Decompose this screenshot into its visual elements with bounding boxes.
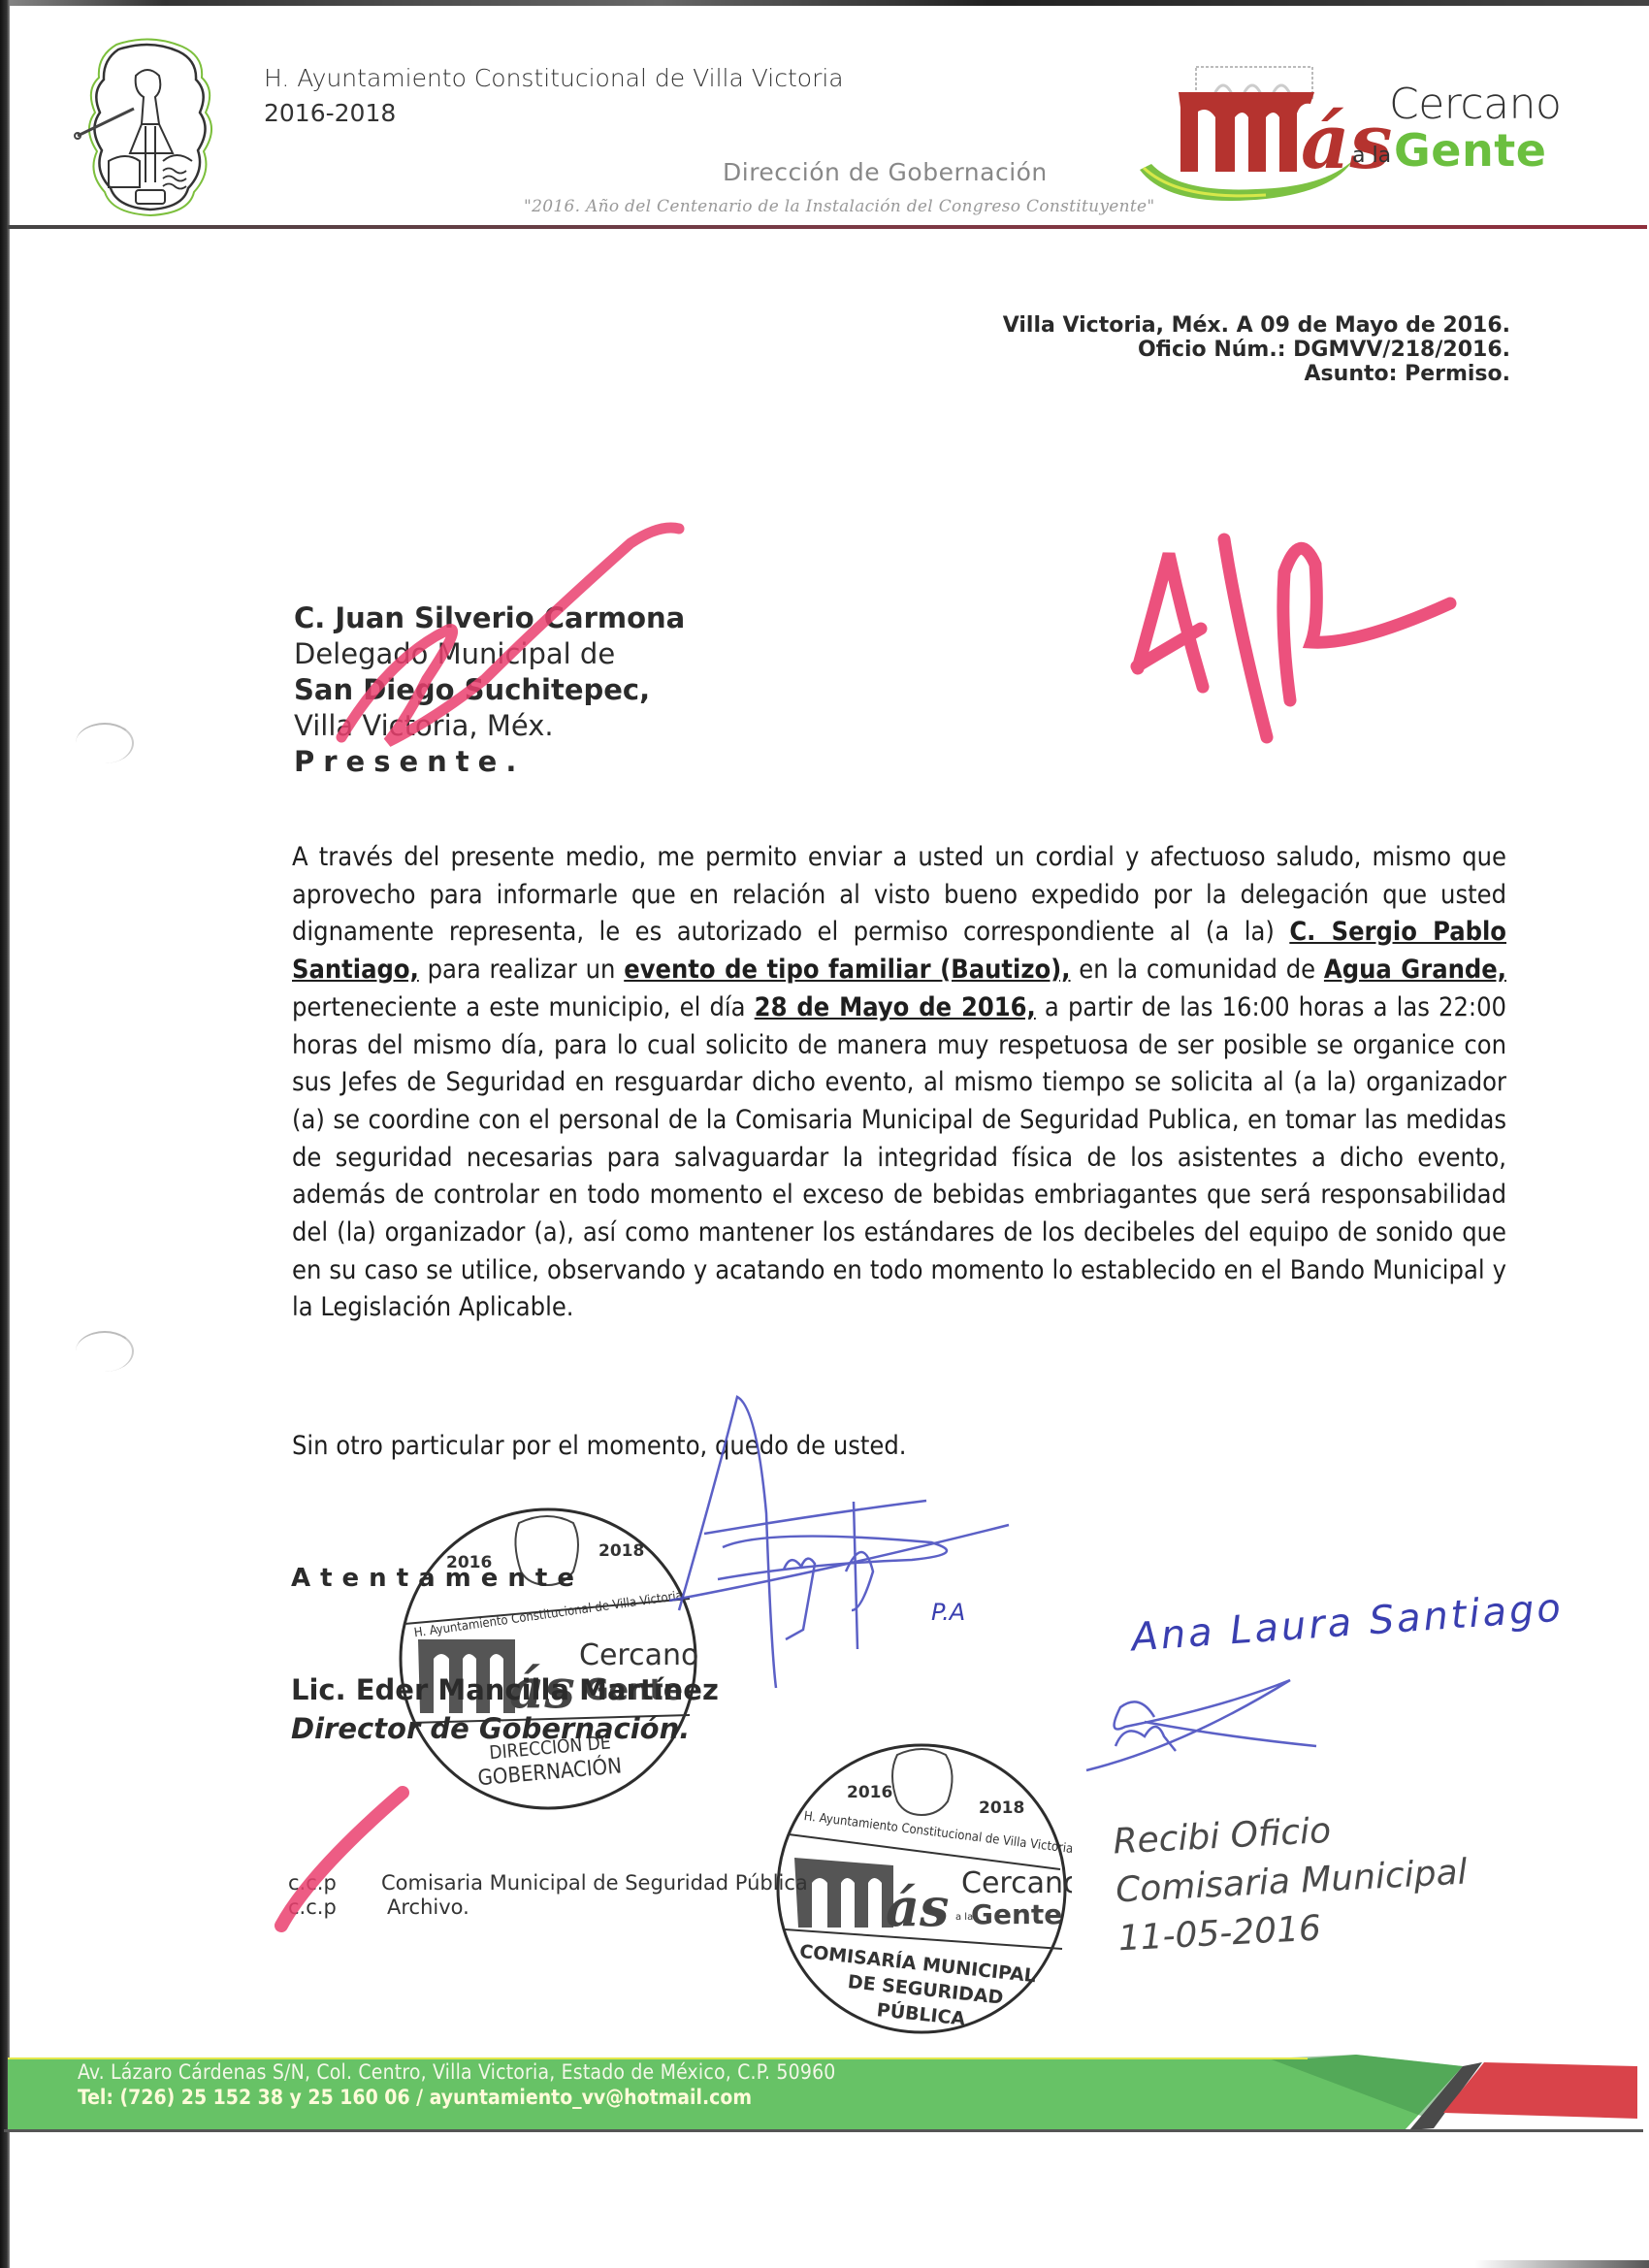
scan-edge-left: [0, 0, 10, 2268]
salutation-presente: Presente.: [294, 744, 685, 780]
ccp-recipient: Comisaria Municipal de Seguridad Pública: [381, 1871, 808, 1895]
oficio-number: Oficio Núm.: DGMVV/218/2016.: [1003, 338, 1510, 362]
svg-text:ás: ás: [1301, 98, 1392, 186]
handwritten-pa-note: P.A: [931, 1599, 965, 1626]
scan-edge-bottom: [1474, 2260, 1649, 2268]
body-text-part: a partir de las 16:00 horas a las 22:00 …: [292, 992, 1506, 1323]
institution-name: H. Ayuntamiento Constitucional de Villa …: [264, 62, 844, 95]
event-date: 28 de Mayo de 2016,: [755, 992, 1036, 1022]
approval-mark-icon: [1137, 539, 1450, 737]
svg-text:Cercano: Cercano: [961, 1866, 1072, 1900]
municipal-coat-of-arms-icon: [58, 37, 242, 221]
footer-contact: Tel: (726) 25 152 38 y 25 160 06 / ayunt…: [78, 2086, 752, 2109]
letter-body: A través del presente medio, me permito …: [292, 839, 1506, 1327]
letterhead: H. Ayuntamiento Constitucional de Villa …: [0, 0, 1649, 233]
footer-address: Av. Lázaro Cárdenas S/N, Col. Centro, Vi…: [78, 2060, 836, 2084]
comisaria-stamp-icon: 2016 2018 H. Ayuntamiento Constitucional…: [771, 1741, 1072, 2042]
brand-a-la: a la: [1352, 144, 1391, 168]
event-type: evento de tipo familiar (Bautizo),: [624, 955, 1070, 985]
svg-text:Cercano: Cercano: [579, 1638, 698, 1672]
signer-role: Director de Gobernación.: [291, 1712, 690, 1745]
svg-text:2016: 2016: [847, 1783, 892, 1802]
svg-text:Gente: Gente: [971, 1898, 1062, 1930]
letter-footer: Av. Lázaro Cárdenas S/N, Col. Centro, Vi…: [8, 2053, 1637, 2130]
recipient-name: C. Juan Silverio Carmona: [294, 600, 685, 636]
document-meta: Villa Victoria, Méx. A 09 de Mayo de 201…: [1003, 313, 1510, 386]
atentamente-label: Atentamente: [291, 1564, 584, 1593]
carbon-copy-list: c.c.p Comisaria Municipal de Seguridad P…: [288, 1871, 808, 1920]
svg-text:2018: 2018: [979, 1798, 1024, 1818]
svg-text:H. Ayuntamiento Constitucional: H. Ayuntamiento Constitucional de Villa …: [413, 1589, 684, 1641]
signer-name: Lic. Eder Mancilla Martínez: [291, 1673, 719, 1706]
closing-line: Sin otro particular por el momento, qued…: [292, 1431, 907, 1461]
recipient-title: Delegado Municipal de: [294, 636, 685, 672]
department-name: Dirección de Gobernación: [723, 158, 1048, 186]
year-motto: "2016. Año del Centenario de la Instalac…: [524, 197, 1155, 216]
svg-text:ás: ás: [886, 1876, 949, 1938]
brand-cercano: Cercano: [1389, 80, 1561, 129]
ccp-recipient: Archivo.: [381, 1895, 469, 1920]
ccp-row: c.c.p Archivo.: [288, 1895, 808, 1920]
subject: Asunto: Permiso.: [1003, 362, 1510, 386]
ccp-row: c.c.p Comisaria Municipal de Seguridad P…: [288, 1871, 808, 1895]
receiver-signature-icon: [1086, 1680, 1316, 1770]
body-text-part: para realizar un: [419, 955, 624, 985]
footer-divider: [4, 2129, 1643, 2132]
ccp-label: c.c.p: [288, 1871, 381, 1895]
body-text-part: en la comunidad de: [1071, 955, 1324, 985]
recipient-block: C. Juan Silverio Carmona Delegado Munici…: [294, 600, 685, 780]
event-community: Agua Grande,: [1324, 955, 1506, 985]
gobernacion-stamp-icon: 2016 2018 H. Ayuntamiento Constitucional…: [393, 1504, 703, 1814]
header-divider: [8, 225, 1647, 229]
svg-text:H. Ayuntamiento Constitucional: H. Ayuntamiento Constitucional de Villa …: [803, 1809, 1072, 1857]
handwritten-receipt-note: Recibi Oficio Comisaria Municipal 11-05-…: [1112, 1800, 1471, 1964]
brand-gente: Gente: [1394, 124, 1546, 177]
punch-hole: [76, 1331, 134, 1372]
body-text-part: perteneciente a este municipio, el día: [292, 992, 755, 1022]
recipient-location: Villa Victoria, Méx.: [294, 708, 685, 744]
svg-text:2018: 2018: [598, 1541, 644, 1561]
place-and-date: Villa Victoria, Méx. A 09 de Mayo de 201…: [1003, 313, 1510, 338]
punch-hole: [76, 723, 134, 763]
recipient-community: San Diego Suchitepec,: [294, 672, 685, 708]
ccp-label: c.c.p: [288, 1895, 381, 1920]
administration-period: 2016-2018: [264, 97, 396, 130]
handwritten-receiver-name: Ana Laura Santiago: [1130, 1585, 1565, 1660]
